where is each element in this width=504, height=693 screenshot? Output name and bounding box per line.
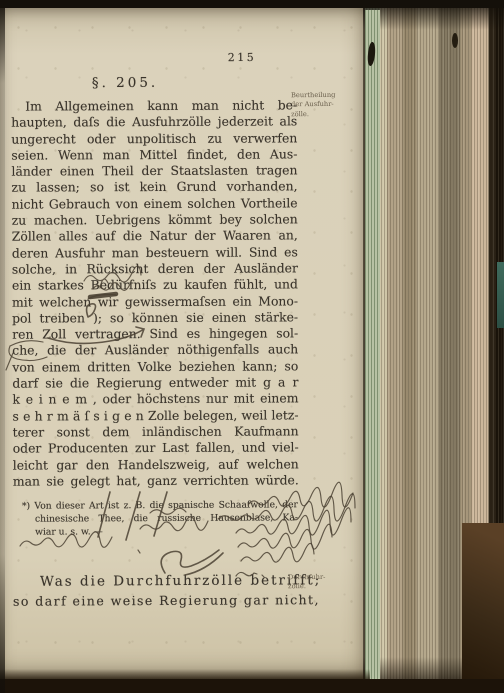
margin-note-line: der Ausfuhr- (291, 100, 353, 110)
closing-paragraph-line: so darf eine weise Regierung gar nicht, (13, 592, 285, 608)
scan-border-top (0, 0, 504, 8)
body-line: zu machen. Uebrigens kömmt bey solchen (12, 211, 298, 229)
book-page: 215 §. 205. Beurtheilung der Ausfuhr- zö… (0, 7, 366, 679)
closing-paragraph-line: Was die Durchfuhrzölle betrifft; (40, 572, 321, 589)
fore-edge-green-strip (365, 10, 380, 680)
body-line: pol treiben ); so können sie einen stärk… (12, 309, 298, 327)
margin-note-line: Durchfuhr- (288, 573, 350, 583)
body-line: haupten, daſs die Ausfuhrzölle jederzeit… (11, 114, 297, 132)
scan-border-bottom (0, 679, 504, 693)
footnote: *) Von dieser Art ist z. B. die spanisch… (22, 498, 298, 538)
footnote-line: wiar u. s. w. — (22, 524, 298, 538)
body-line: ein starkes Bedürfniſs zu kaufen fühlt, … (12, 277, 298, 295)
section-heading: §. 205. (60, 75, 190, 92)
scan-border-left (0, 0, 5, 693)
body-line: darf sie die Regierung entweder mit g a … (12, 374, 298, 392)
body-line: leicht gar den Handelszweig, auf welchen (13, 456, 299, 474)
body-line: k e i n e m , oder höchstens nur mit ein… (12, 391, 298, 409)
book-scan: 215 §. 205. Beurtheilung der Ausfuhr- zö… (0, 0, 504, 693)
margin-note-line: Beurtheilung (291, 91, 353, 101)
body-line: oder Producenten zur Last fallen, und vi… (13, 440, 299, 458)
body-line: nicht Gebrauch von einem solchen Vorthei… (12, 195, 298, 213)
page-number: 215 (218, 51, 266, 64)
margin-note-bottom: Durchfuhr- zölle. (288, 573, 350, 592)
body-line: von einem dritten Volke beziehen kann; s… (12, 358, 298, 376)
body-text: Im Allgemeinen kann man nicht be- haupte… (11, 97, 299, 489)
body-line: che, die der Ausländer nöthigenfalls auc… (12, 342, 298, 360)
footnote-line: chinesische Thee, die russische Hausenbl… (22, 511, 298, 525)
body-line: seien. Wenn man Mittel findet, den Aus- (11, 146, 297, 164)
body-line: Zöllen alles auf die Natur der Waaren an… (12, 228, 298, 246)
margin-note-line: zölle. (291, 110, 353, 120)
margin-note-top: Beurtheilung der Ausfuhr- zölle. (291, 91, 353, 120)
body-line: ren Zoll vertragen. Sind es hingegen sol… (12, 326, 298, 344)
body-line: länder einen Theil der Staatslasten trag… (11, 163, 297, 181)
margin-note-line: zölle. (288, 582, 350, 592)
body-line: s e h r m ä ſ s i g e n Zolle belegen, w… (12, 407, 298, 425)
body-line: man sie gelegt hat, ganz verrichten würd… (13, 472, 299, 490)
body-line: Im Allgemeinen kann man nicht be- (11, 97, 297, 115)
book-cover-corner (462, 523, 504, 693)
body-line: mit welchen wir gewissermaſsen ein Mono- (12, 293, 298, 311)
body-line: zu lassen; so ist kein Grund vorhanden, (12, 179, 298, 197)
body-line: solche, in Rücksicht deren der Ausländer (12, 260, 298, 278)
body-line: terer sonst dem inländischen Kaufmann (13, 423, 299, 441)
binding-glimpse (497, 262, 504, 328)
body-line: deren Ausfuhr man besteuern will. Sind e… (12, 244, 298, 262)
page-bottom-shadow (0, 669, 370, 679)
body-line: ungerecht oder unpolitisch zu verwerfen (11, 130, 297, 148)
ink-blot (452, 33, 458, 48)
